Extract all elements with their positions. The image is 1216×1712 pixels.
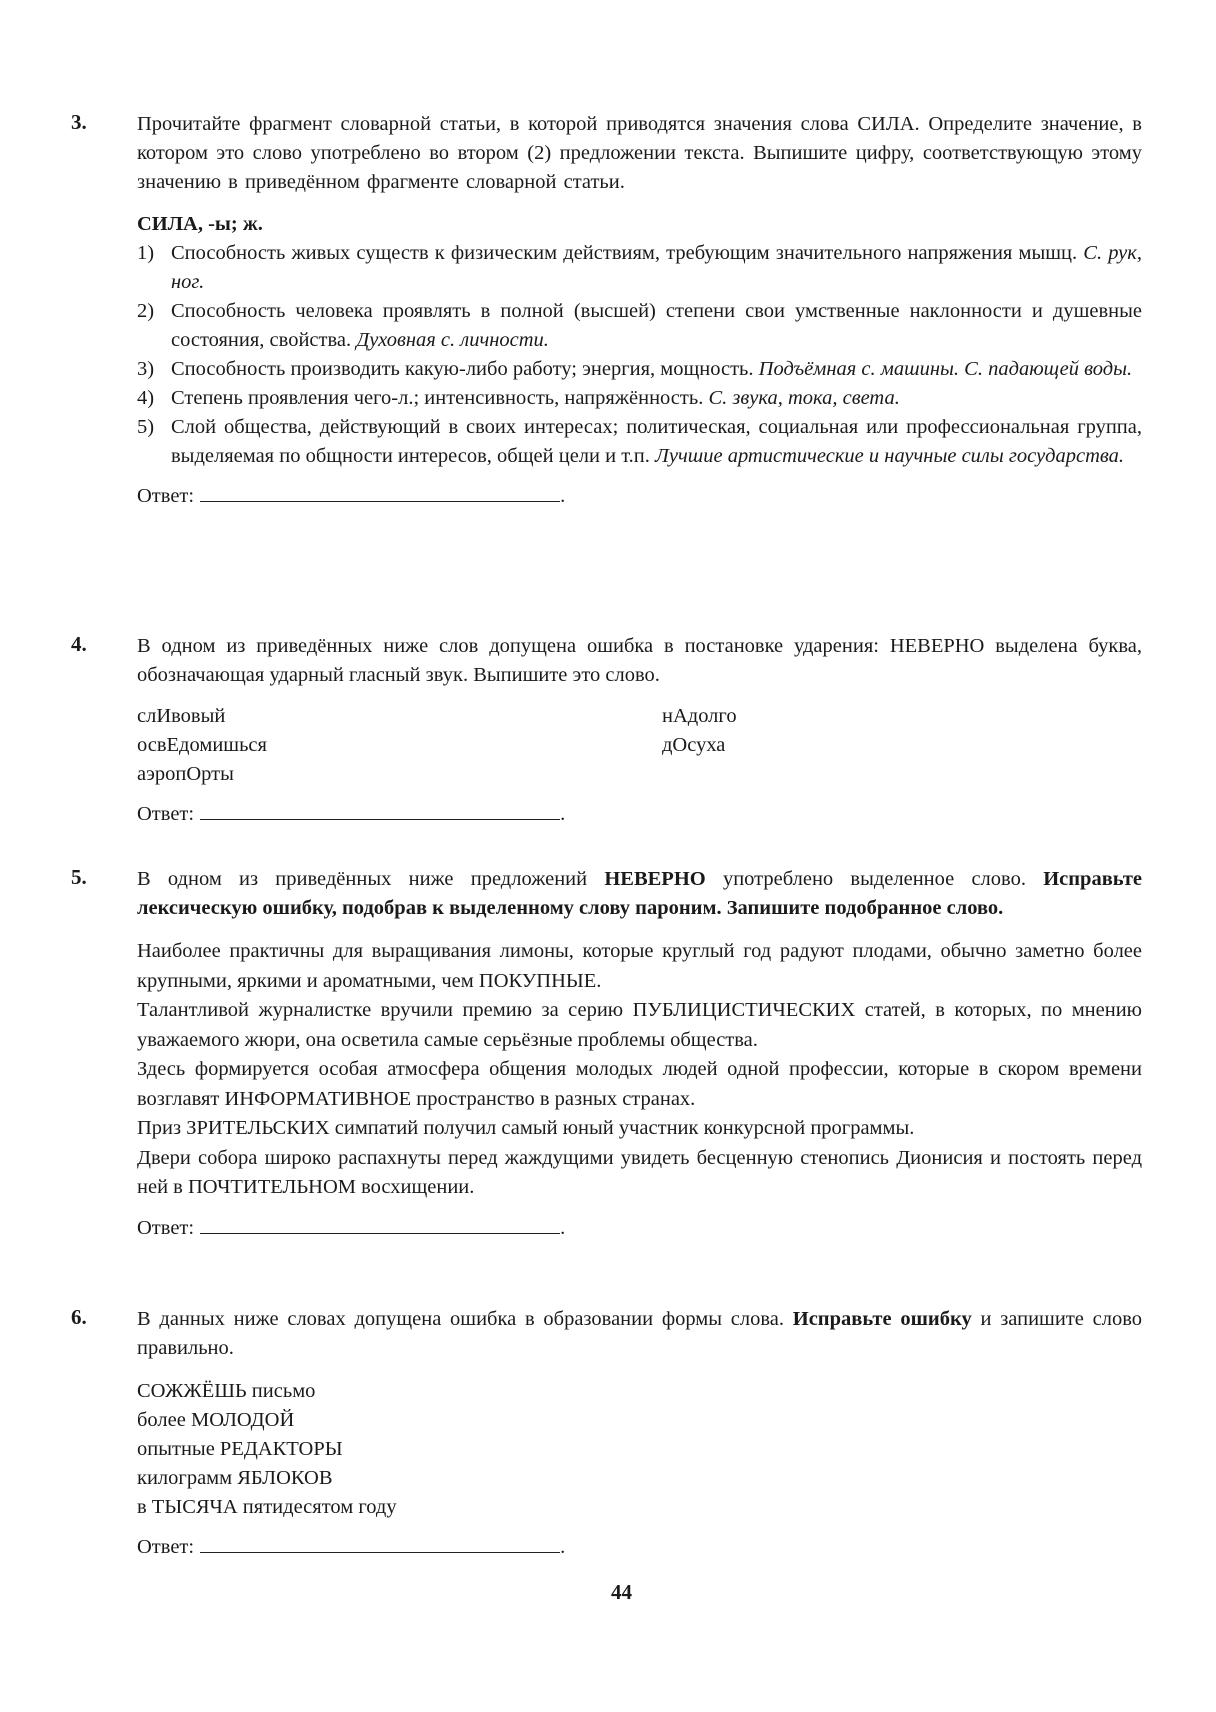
task-number: 3. xyxy=(71,110,87,135)
answer-field[interactable] xyxy=(200,801,560,820)
sentence: Здесь формируется особая атмосфера общен… xyxy=(137,1055,1142,1114)
prompt-instruction: Исправьте ошибку xyxy=(793,1308,972,1330)
answer-row: Ответ:. xyxy=(137,799,1142,829)
word-option: освЕдомишься xyxy=(137,731,662,760)
sentence: Наиболее практичны для выращивания лимон… xyxy=(137,937,1142,996)
definition-number: 1) xyxy=(137,239,154,268)
phrase-item: килограмм ЯБЛОКОВ xyxy=(137,1464,1142,1493)
definition-item: 1) Способность живых существ к физически… xyxy=(137,239,1142,297)
definition-list: 1) Способность живых существ к физически… xyxy=(137,239,1142,471)
phrase-item: опытные РЕДАКТОРЫ xyxy=(137,1435,1142,1464)
word-options: слИвовый освЕдомишься аэропОрты нАдолго … xyxy=(137,702,1142,789)
definition-number: 2) xyxy=(137,297,154,326)
answer-field[interactable] xyxy=(200,1215,560,1234)
answer-label: Ответ: xyxy=(137,485,194,507)
word-column-right: нАдолго дОсуха xyxy=(662,702,962,789)
task-prompt: В одном из приведённых ниже предложений … xyxy=(137,865,1142,923)
sentence-list: Наиболее практичны для выращивания лимон… xyxy=(137,937,1142,1203)
definition-item: 5) Слой общества, действующий в своих ин… xyxy=(137,413,1142,471)
phrase-item: в ТЫСЯЧА пятидесятом году xyxy=(137,1493,1142,1522)
definition-example: С. звука, тока, света. xyxy=(708,387,899,409)
answer-field[interactable] xyxy=(200,1534,560,1553)
task-prompt: Прочитайте фрагмент словарной статьи, в … xyxy=(137,110,1142,197)
definition-example: Духовная с. личности. xyxy=(356,329,549,351)
answer-row: Ответ:. xyxy=(137,481,1142,511)
answer-row: Ответ:. xyxy=(137,1532,1142,1562)
answer-label: Ответ: xyxy=(137,1217,194,1239)
answer-row: Ответ:. xyxy=(137,1213,1142,1243)
word-option: нАдолго xyxy=(662,702,962,731)
definition-number: 3) xyxy=(137,355,154,384)
definition-text: Способность производить какую-либо работ… xyxy=(171,358,754,380)
definition-item: 4) Степень проявления чего-л.; интенсивн… xyxy=(137,384,1142,413)
phrase-item: более МОЛОДОЙ xyxy=(137,1406,1142,1435)
dictionary-entry-head: СИЛА, -ы; ж. xyxy=(137,209,1142,239)
task-prompt: В данных ниже словах допущена ошибка в о… xyxy=(137,1305,1142,1363)
phrase-item: СОЖЖЁШЬ письмо xyxy=(137,1377,1142,1406)
answer-label: Ответ: xyxy=(137,803,194,825)
definition-example: Лучшие артистические и научные силы госу… xyxy=(655,445,1124,467)
prompt-text: В данных ниже словах допущена ошибка в о… xyxy=(137,1308,793,1330)
definition-text: Степень проявления чего-л.; интенсивност… xyxy=(171,387,703,409)
word-option: дОсуха xyxy=(662,731,962,760)
definition-number: 4) xyxy=(137,384,154,413)
sentence: Приз ЗРИТЕЛЬСКИХ симпатий получил самый … xyxy=(137,1114,1142,1144)
task-number: 4. xyxy=(71,632,87,657)
answer-field[interactable] xyxy=(200,483,560,502)
definition-text: Способность живых существ к физическим д… xyxy=(171,242,1077,264)
definition-text: Способность человека проявлять в полной … xyxy=(171,300,1142,351)
sentence: Талантливой журналистке вручили премию з… xyxy=(137,996,1142,1055)
word-column-left: слИвовый освЕдомишься аэропОрты xyxy=(137,702,662,789)
sentence: Двери собора широко распахнуты перед жаж… xyxy=(137,1144,1142,1203)
definition-number: 5) xyxy=(137,413,154,442)
page-number: 44 xyxy=(611,1580,632,1605)
task-number: 6. xyxy=(71,1305,87,1330)
task-number: 5. xyxy=(71,865,87,890)
word-option: аэропОрты xyxy=(137,760,662,789)
task-prompt: В одном из приведённых ниже слов допущен… xyxy=(137,632,1142,690)
phrase-list: СОЖЖЁШЬ письмо более МОЛОДОЙ опытные РЕД… xyxy=(137,1377,1142,1522)
definition-example: Подъёмная с. машины. С. падающей воды. xyxy=(759,358,1132,380)
word-option: слИвовый xyxy=(137,702,662,731)
prompt-emphasis: НЕВЕРНО xyxy=(604,868,705,890)
definition-item: 3) Способность производить какую-либо ра… xyxy=(137,355,1142,384)
definition-item: 2) Способность человека проявлять в полн… xyxy=(137,297,1142,355)
prompt-text: употреблено выделенное слово. xyxy=(706,868,1043,890)
prompt-text: В одном из приведённых ниже предложений xyxy=(137,868,604,890)
answer-label: Ответ: xyxy=(137,1536,194,1558)
